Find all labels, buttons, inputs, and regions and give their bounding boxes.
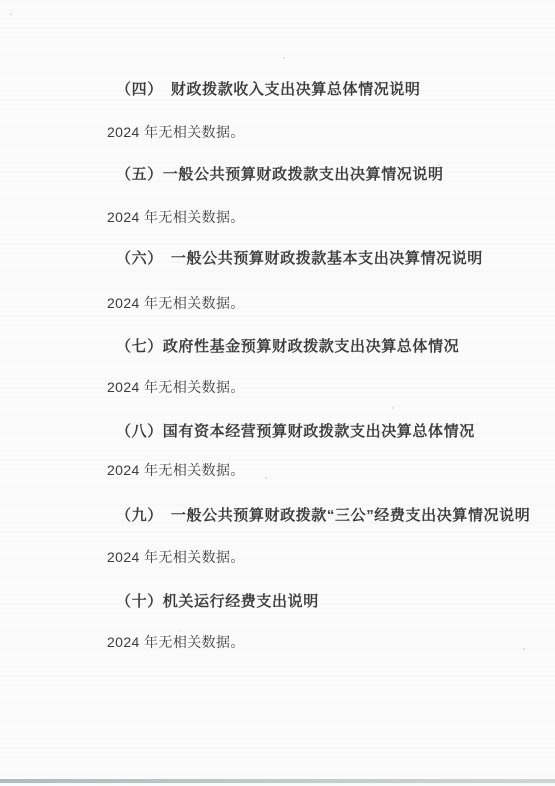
scan-speck: [438, 164, 440, 166]
section-body-no-data: 2024 年无相关数据。: [107, 124, 245, 141]
section-body-no-data: 2024 年无相关数据。: [107, 379, 245, 396]
page-bottom-edge-shadow: [0, 779, 555, 783]
document-page: （四） 财政拨款收入支出决算总体情况说明 2024 年无相关数据。 （五）一般公…: [0, 0, 555, 786]
section-heading: （八）国有资本经营预算财政拨款支出决算总体情况: [116, 423, 475, 441]
section-body-no-data: 2024 年无相关数据。: [107, 295, 245, 312]
section-heading: （九） 一般公共预算财政拨款“三公”经费支出决算情况说明: [116, 507, 530, 525]
scan-speck: [10, 13, 12, 15]
section-heading: （四） 财政拨款收入支出决算总体情况说明: [116, 81, 421, 99]
scan-speck: [283, 57, 285, 59]
scan-speck: [392, 407, 394, 409]
section-body-no-data: 2024 年无相关数据。: [107, 634, 245, 651]
section-body-no-data: 2024 年无相关数据。: [107, 462, 245, 479]
scan-speck: [180, 630, 182, 632]
section-heading: （六） 一般公共预算财政拨款基本支出决算情况说明: [116, 250, 483, 268]
section-heading: （十）机关运行经费支出说明: [116, 593, 319, 611]
scan-speck: [265, 477, 267, 479]
section-body-no-data: 2024 年无相关数据。: [107, 209, 245, 226]
section-heading: （七）政府性基金预算财政拨款支出决算总体情况: [116, 338, 459, 356]
section-heading: （五）一般公共预算财政拨款支出决算情况说明: [116, 166, 444, 184]
section-body-no-data: 2024 年无相关数据。: [107, 549, 245, 566]
scan-speck: [523, 648, 525, 650]
